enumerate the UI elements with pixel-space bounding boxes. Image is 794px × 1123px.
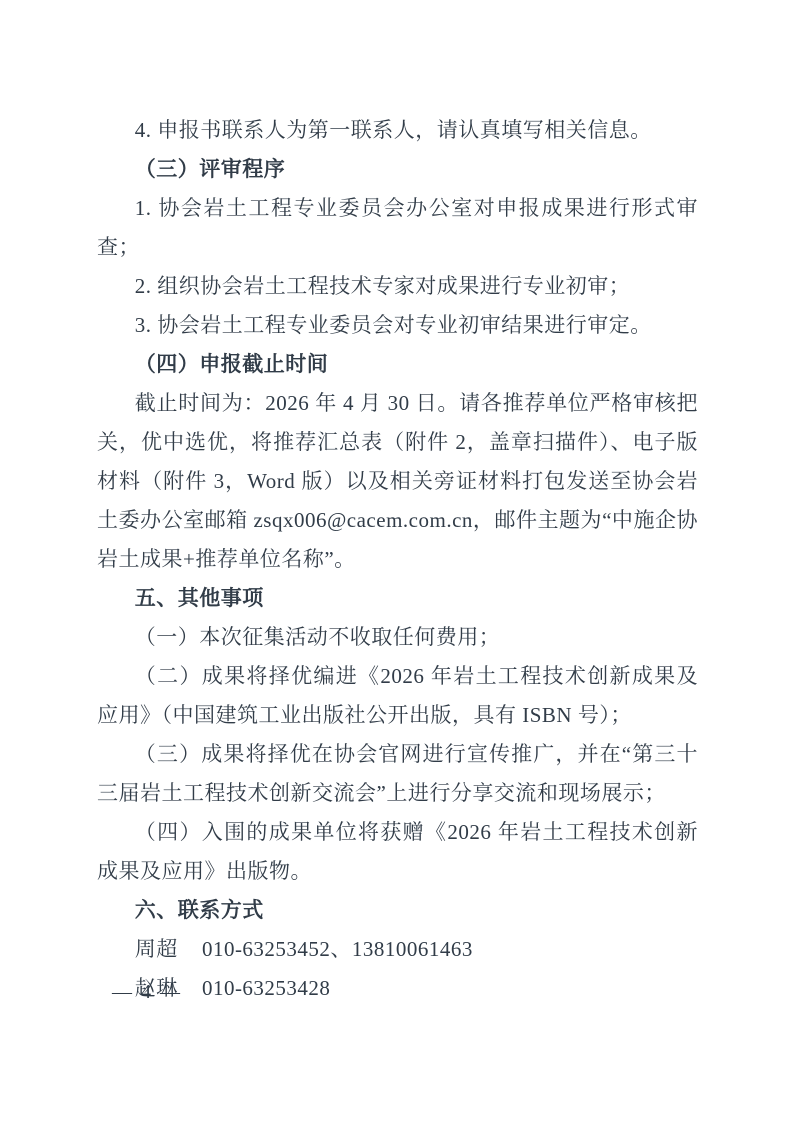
para-other-matter-3: （三）成果将择优在协会官网进行宣传推广，并在“第三十三届岩土工程技术创新交流会”… — [97, 735, 698, 813]
heading-deadline: （四）申报截止时间 — [97, 345, 698, 384]
contact-row-zhouchao: 周超010-63253452、13810061463 — [97, 930, 698, 969]
contact-phones: 010-63253452、13810061463 — [202, 937, 473, 961]
contact-phones: 010-63253428 — [202, 976, 331, 1000]
para-contact-person-note: 4. 申报书联系人为第一联系人，请认真填写相关信息。 — [97, 111, 698, 150]
para-other-matter-2: （二）成果将择优编进《2026 年岩土工程技术创新成果及应用》（中国建筑工业出版… — [97, 657, 698, 735]
heading-other-matters: 五、其他事项 — [97, 579, 698, 618]
para-review-step-3: 3. 协会岩土工程专业委员会对专业初审结果进行审定。 — [97, 306, 698, 345]
para-review-step-2: 2. 组织协会岩土工程技术专家对成果进行专业初审； — [97, 267, 698, 306]
para-review-step-1: 1. 协会岩土工程专业委员会办公室对申报成果进行形式审查； — [97, 189, 698, 267]
heading-contact-info: 六、联系方式 — [97, 891, 698, 930]
page-number: — 4 — — [112, 977, 182, 1007]
contact-row-zhaolin: 赵琳010-63253428 — [97, 969, 698, 1008]
para-other-matter-4: （四）入围的成果单位将获赠《2026 年岩土工程技术创新成果及应用》出版物。 — [97, 813, 698, 891]
document-body: 4. 申报书联系人为第一联系人，请认真填写相关信息。 （三）评审程序 1. 协会… — [97, 111, 698, 1008]
contact-name: 周超 — [135, 937, 178, 961]
para-deadline-details: 截止时间为：2026 年 4 月 30 日。请各推荐单位严格审核把关，优中选优，… — [97, 384, 698, 579]
document-page: 4. 申报书联系人为第一联系人，请认真填写相关信息。 （三）评审程序 1. 协会… — [0, 0, 794, 1123]
heading-review-procedure: （三）评审程序 — [97, 150, 698, 189]
para-other-matter-1: （一）本次征集活动不收取任何费用； — [97, 618, 698, 657]
